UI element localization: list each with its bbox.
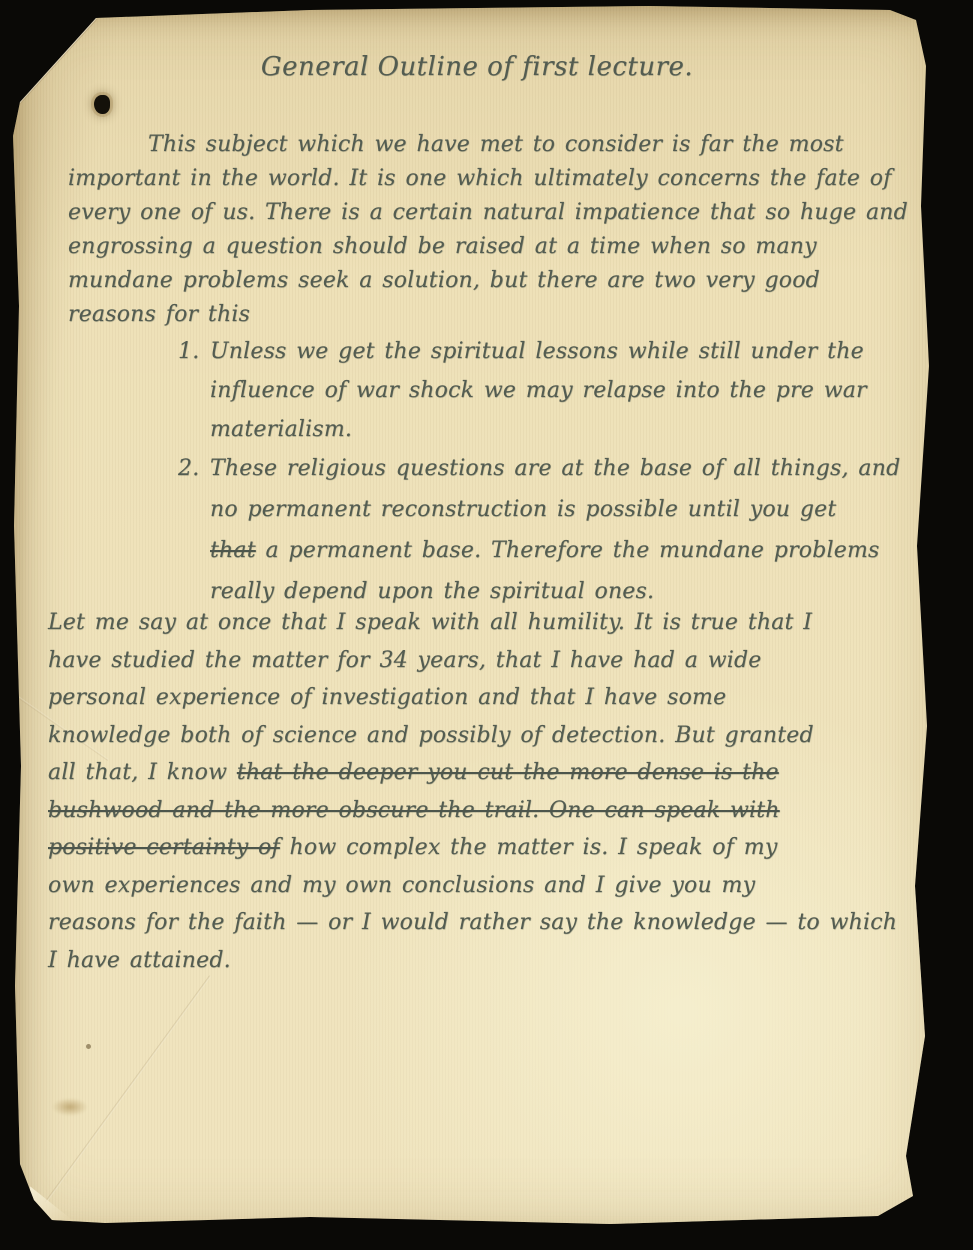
- punch-hole: [94, 95, 110, 114]
- text-line: have studied the matter for 34 years, th…: [48, 642, 924, 680]
- text-line: This subject which we have met to consid…: [68, 128, 920, 162]
- text-segment: how complex the matter is. I speak of my: [280, 835, 778, 860]
- text-line-with-deletion: that a permanent base. Therefore the mun…: [210, 530, 904, 571]
- paper-stain: [52, 1098, 88, 1116]
- text-line: knowledge both of science and possibly o…: [48, 717, 924, 755]
- list-number: 1.: [178, 332, 210, 449]
- text-line: These religious questions are at the bas…: [210, 448, 904, 489]
- text-line-with-deletion: bushwood and the more obscure the trail.…: [48, 792, 924, 830]
- text-line: materialism.: [210, 410, 898, 449]
- list-number: 2.: [178, 448, 210, 612]
- closing-paragraph: Let me say at once that I speak with all…: [48, 604, 924, 979]
- text-line-with-deletion: positive certainty of how complex the ma…: [48, 829, 924, 867]
- paper-speck: [86, 1044, 91, 1049]
- list-item-text: Unless we get the spiritual lessons whil…: [210, 332, 898, 449]
- scanned-document-background: General Outline of first lecture. This s…: [0, 0, 973, 1250]
- text-line: important in the world. It is one which …: [68, 162, 920, 196]
- text-line-with-deletion: all that, I know that the deeper you cut…: [48, 754, 924, 792]
- numbered-point-1: 1. Unless we get the spiritual lessons w…: [178, 332, 898, 449]
- struck-text: that: [210, 538, 256, 563]
- text-line: own experiences and my own conclusions a…: [48, 867, 924, 905]
- text-line: Unless we get the spiritual lessons whil…: [210, 332, 898, 371]
- numbered-point-2: 2. These religious questions are at the …: [178, 448, 904, 612]
- text-line: I have attained.: [48, 942, 924, 980]
- document-title: General Outline of first lecture.: [10, 52, 944, 82]
- text-line: personal experience of investigation and…: [48, 679, 924, 717]
- struck-text: positive certainty of: [48, 835, 280, 860]
- text-line: engrossing a question should be raised a…: [68, 230, 920, 264]
- diagonal-crease: [45, 975, 211, 1203]
- struck-text: bushwood and the more obscure the trail.…: [48, 798, 780, 823]
- text-segment: a permanent base. Therefore the mundane …: [256, 538, 880, 563]
- text-line: mundane problems seek a solution, but th…: [68, 264, 920, 298]
- text-line: influence of war shock we may relapse in…: [210, 371, 898, 410]
- list-item-text: These religious questions are at the bas…: [210, 448, 904, 612]
- bottom-left-fold: [26, 1182, 78, 1226]
- struck-text: that the deeper you cut the more dense i…: [237, 760, 779, 785]
- opening-paragraph: This subject which we have met to consid…: [68, 128, 920, 332]
- text-line: Let me say at once that I speak with all…: [48, 604, 924, 642]
- text-line: every one of us. There is a certain natu…: [68, 196, 920, 230]
- manuscript-page: General Outline of first lecture. This s…: [10, 6, 944, 1232]
- text-segment: all that, I know: [48, 760, 237, 785]
- text-line: reasons for the faith — or I would rathe…: [48, 904, 924, 942]
- text-line: no permanent reconstruction is possible …: [210, 489, 904, 530]
- text-line: reasons for this: [68, 298, 920, 332]
